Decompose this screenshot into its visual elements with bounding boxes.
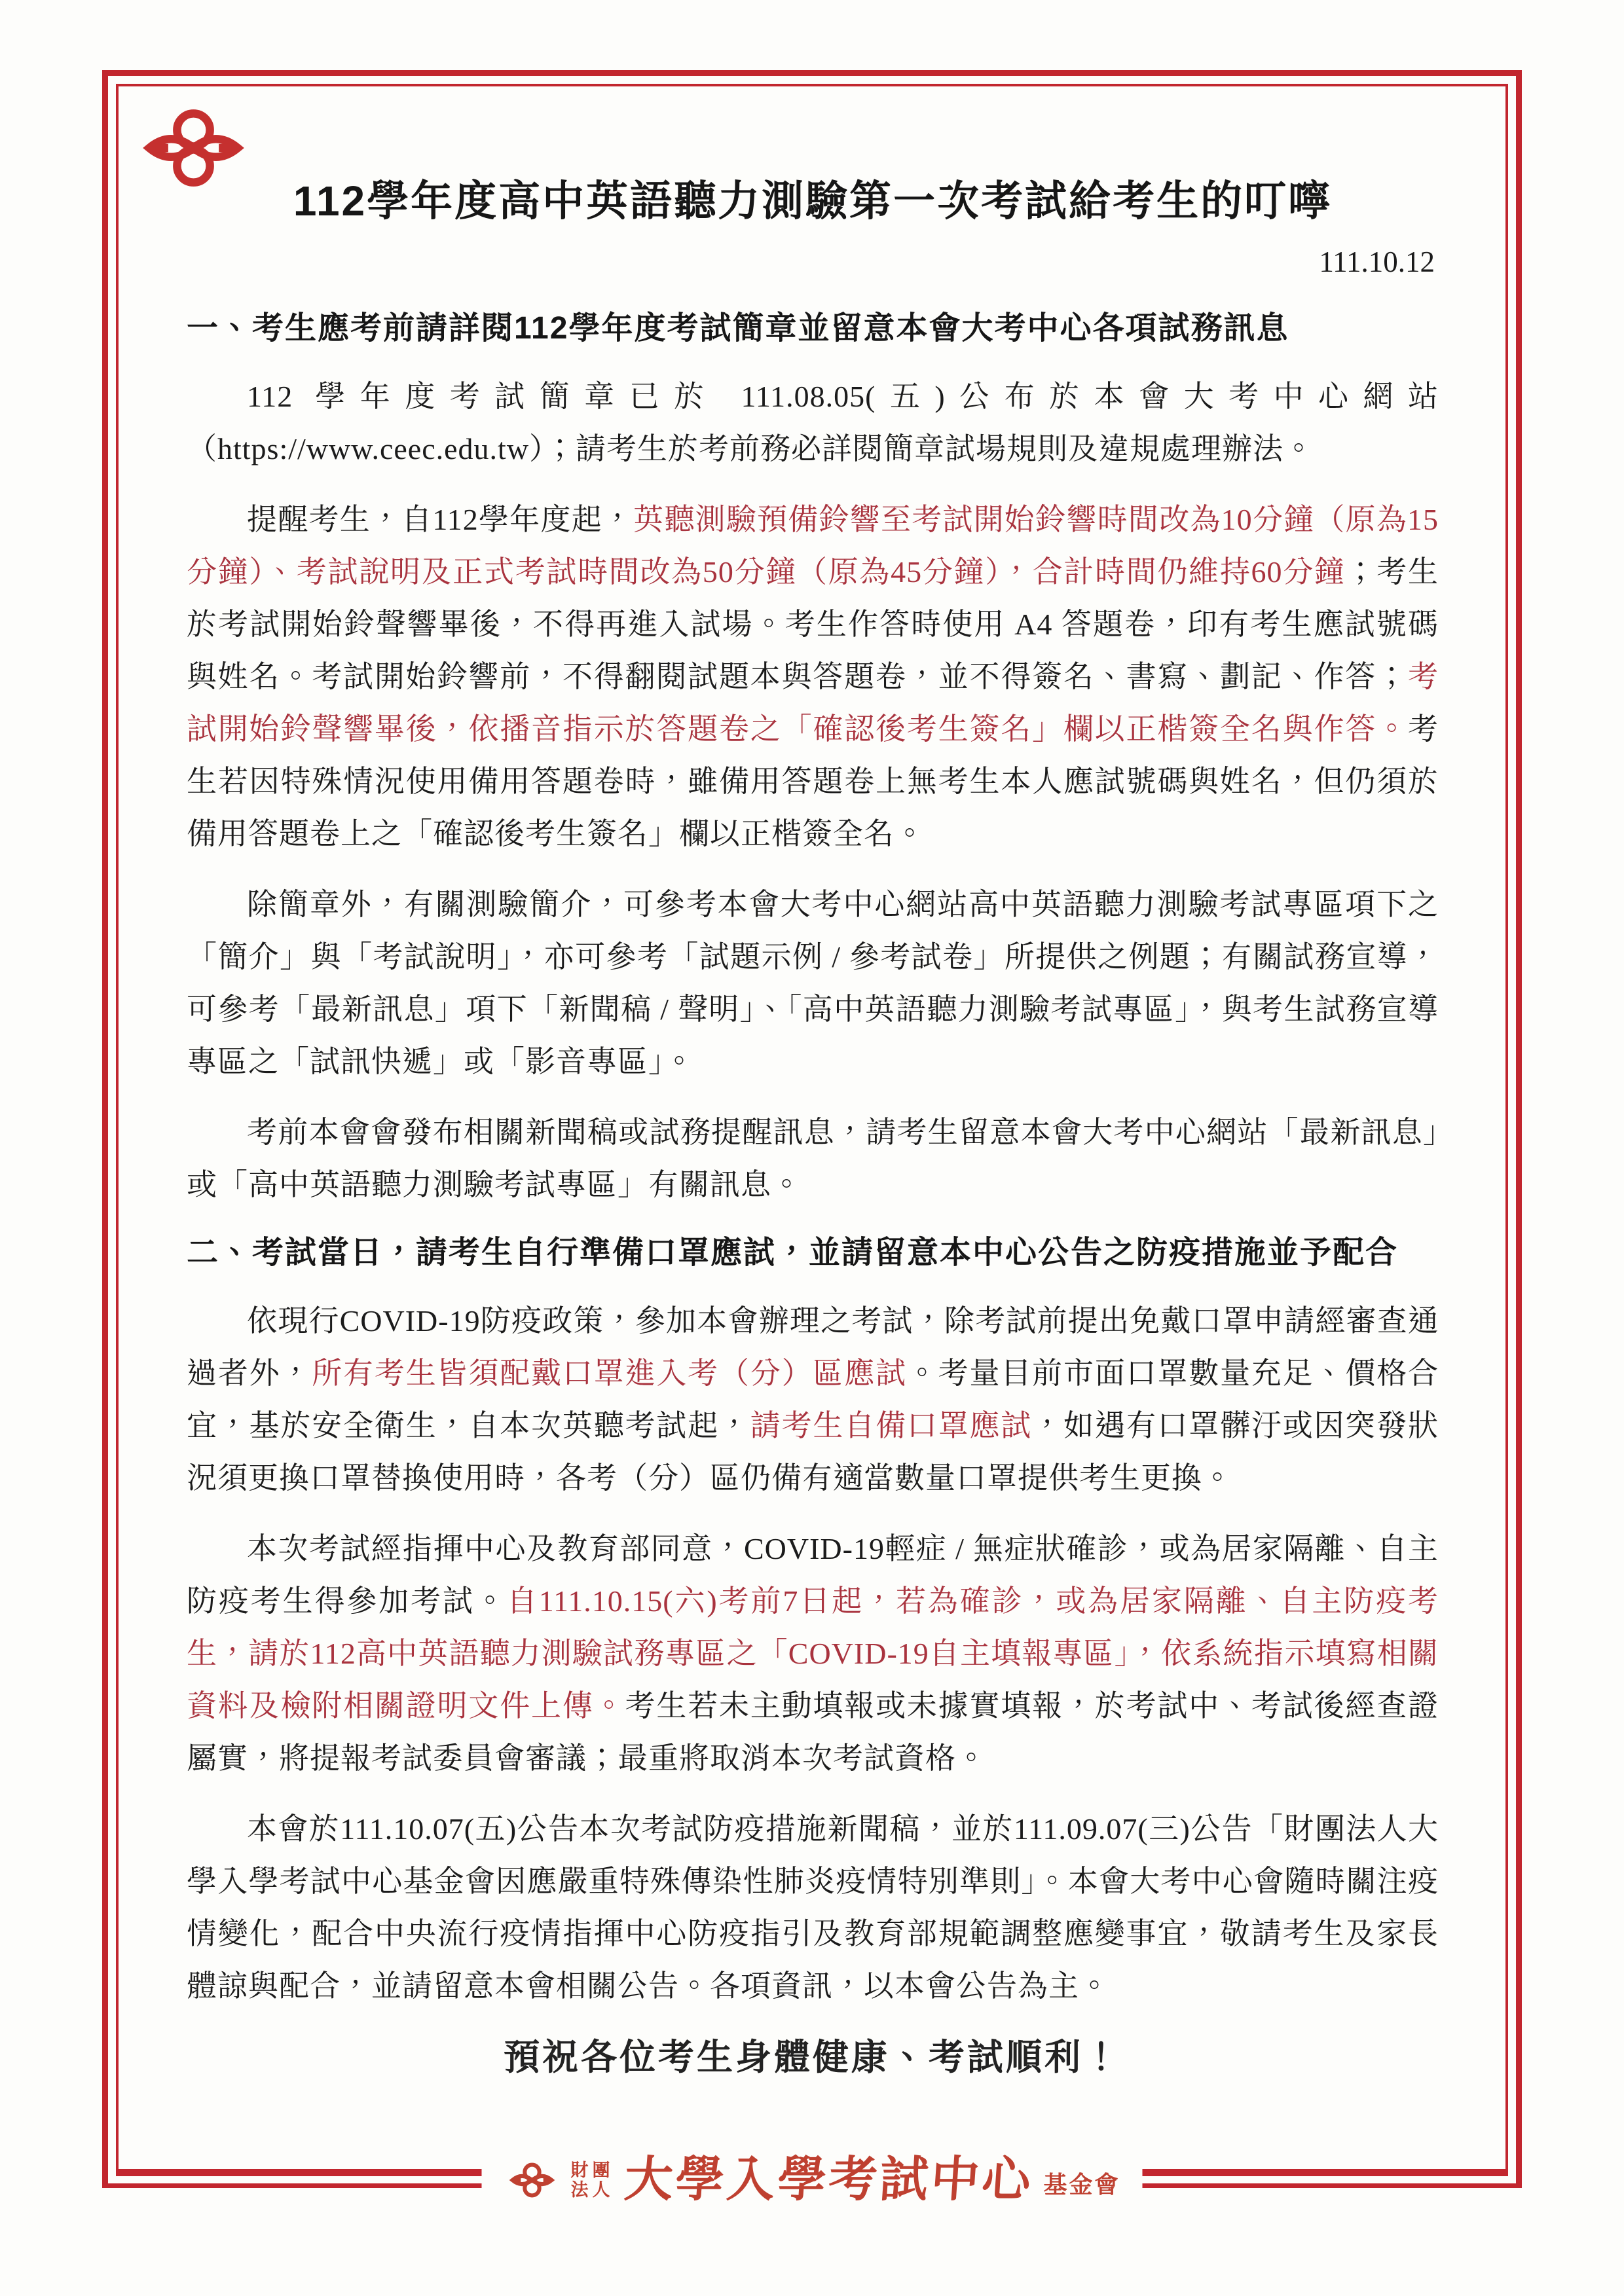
text-run: 除簡章外，有關測驗簡介，可參考本會大考中心網站高中英語聽力測驗考試專區項下之「簡… <box>187 888 1439 1078</box>
paragraph: 提醒考生，自112學年度起，英聽測驗預備鈴響至考試開始鈴響時間改為10分鐘（原為… <box>187 494 1439 860</box>
paragraph: 考前本會會發布相關新聞稿或試務提醒訊息，請考生留意本會大考中心網站「最新訊息」或… <box>187 1106 1439 1211</box>
text-run: 本會於111.10.07(五)公告本次考試防疫措施新聞稿，並於111.09.07… <box>187 1812 1439 2003</box>
section-heading: 二、考試當日，請考生自行準備口罩應試，並請留意本中心公告之防疫措施並予配合 <box>187 1230 1439 1277</box>
text-run: 112 學年度考試簡章已於 111.08.05(五)公布於本會大考中心網站（ht… <box>187 380 1439 465</box>
ceec-knot-logo-small <box>504 2159 560 2201</box>
document-page: 112學年度高中英語聽力測驗第一次考試給考生的叮嚀 111.10.12 一、考生… <box>0 0 1624 2296</box>
document-content: 112學年度高中英語聽力測驗第一次考試給考生的叮嚀 111.10.12 一、考生… <box>187 177 1439 2083</box>
paragraph: 112 學年度考試簡章已於 111.08.05(五)公布於本會大考中心網站（ht… <box>187 371 1439 475</box>
org-name-calligraphy: 大學入學考試中心 <box>623 2154 1035 2206</box>
paragraph: 本次考試經指揮中心及教育部同意，COVID-19輕症 / 無症狀確診，或為居家隔… <box>187 1523 1439 1785</box>
org-type-line1: 財團 <box>570 2160 614 2180</box>
org-suffix-label: 基金會 <box>1043 2172 1120 2198</box>
sections-container: 一、考生應考前請詳閱112學年度考試簡章並留意本會大考中心各項試務訊息112 學… <box>187 305 1439 2013</box>
document-date: 111.10.12 <box>187 245 1435 279</box>
emphasis-red-run: 所有考生皆須配戴口罩進入考（分）區應試 <box>312 1357 907 1390</box>
emphasis-red-run: 請考生自備口罩應試 <box>750 1409 1032 1442</box>
page-title: 112學年度高中英語聽力測驗第一次考試給考生的叮嚀 <box>187 177 1439 225</box>
text-run: 考前本會會發布相關新聞稿或試務提醒訊息，請考生留意本會大考中心網站「最新訊息」或… <box>187 1116 1439 1201</box>
paragraph: 依現行COVID-19防疫政策，參加本會辦理之考試，除考試前提出免戴口罩申請經審… <box>187 1295 1439 1504</box>
section-heading: 一、考生應考前請詳閱112學年度考試簡章並留意本會大考中心各項試務訊息 <box>187 305 1439 352</box>
text-run: 提醒考生，自112學年度起， <box>247 503 633 536</box>
footer-logo-group: 財團 法人 大學入學考試中心 基金會 <box>481 2146 1142 2214</box>
org-type-line2: 法人 <box>570 2180 614 2200</box>
closing-message: 預祝各位考生身體健康、考試順利！ <box>187 2031 1439 2083</box>
org-type-label: 財團 法人 <box>570 2160 614 2200</box>
paragraph: 本會於111.10.07(五)公告本次考試防疫措施新聞稿，並於111.09.07… <box>187 1803 1439 2013</box>
paragraph: 除簡章外，有關測驗簡介，可參考本會大考中心網站高中英語聽力測驗考試專區項下之「簡… <box>187 879 1439 1088</box>
